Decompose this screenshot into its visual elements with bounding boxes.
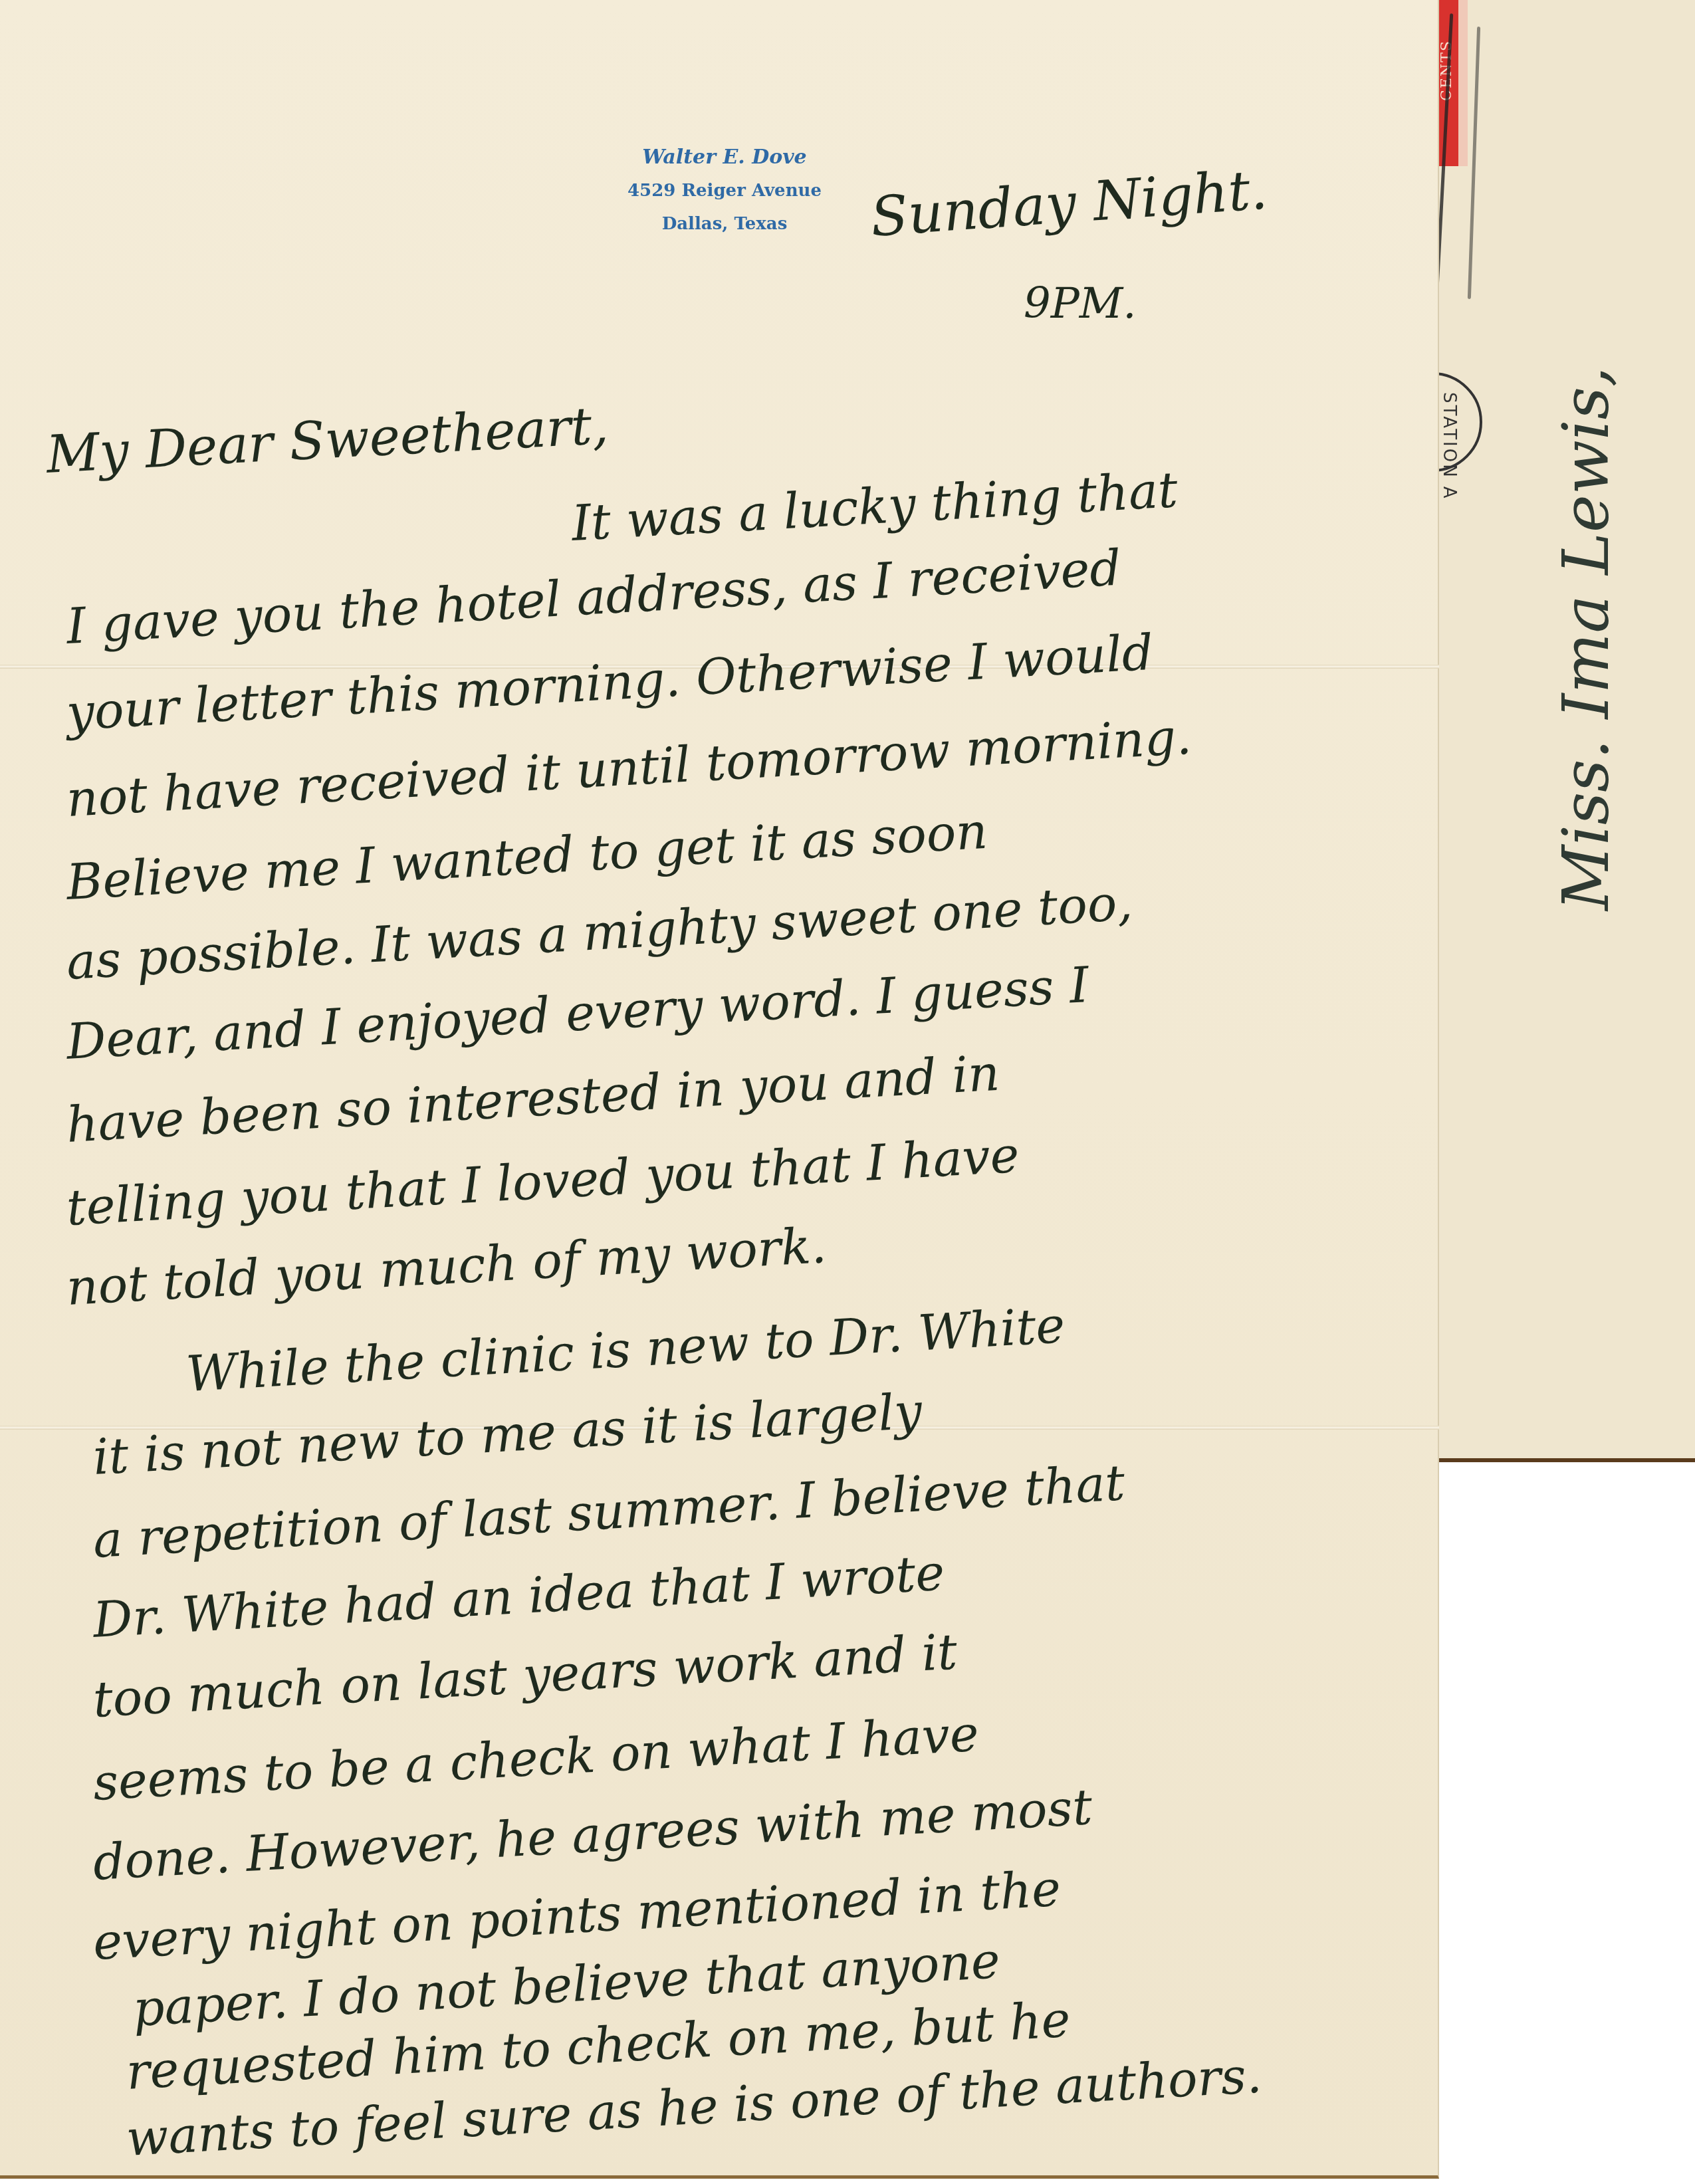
letter-sheet: Walter E. Dove 4529 Reiger Avenue Dallas… xyxy=(0,0,1439,2179)
body-line: not told you much of my work. xyxy=(65,1217,828,1317)
postmark-text: STATION A xyxy=(1439,392,1459,500)
date-day: Sunday Night. xyxy=(869,158,1270,249)
letterhead-name: Walter E. Dove xyxy=(585,141,864,174)
envelope-recipient: Miss. Ima Lewis, xyxy=(1549,367,1623,911)
salutation: My Dear Sweetheart, xyxy=(45,396,610,485)
letterhead: Walter E. Dove 4529 Reiger Avenue Dallas… xyxy=(585,141,864,241)
date-time: 9PM. xyxy=(1024,279,1137,328)
body-line: It was a lucky thing that xyxy=(570,461,1179,552)
letterhead-street: 4529 Reiger Avenue xyxy=(585,174,864,207)
letterhead-city: Dallas, Texas xyxy=(585,207,864,241)
body-line: While the clinic is new to Dr. White xyxy=(185,1297,1067,1403)
